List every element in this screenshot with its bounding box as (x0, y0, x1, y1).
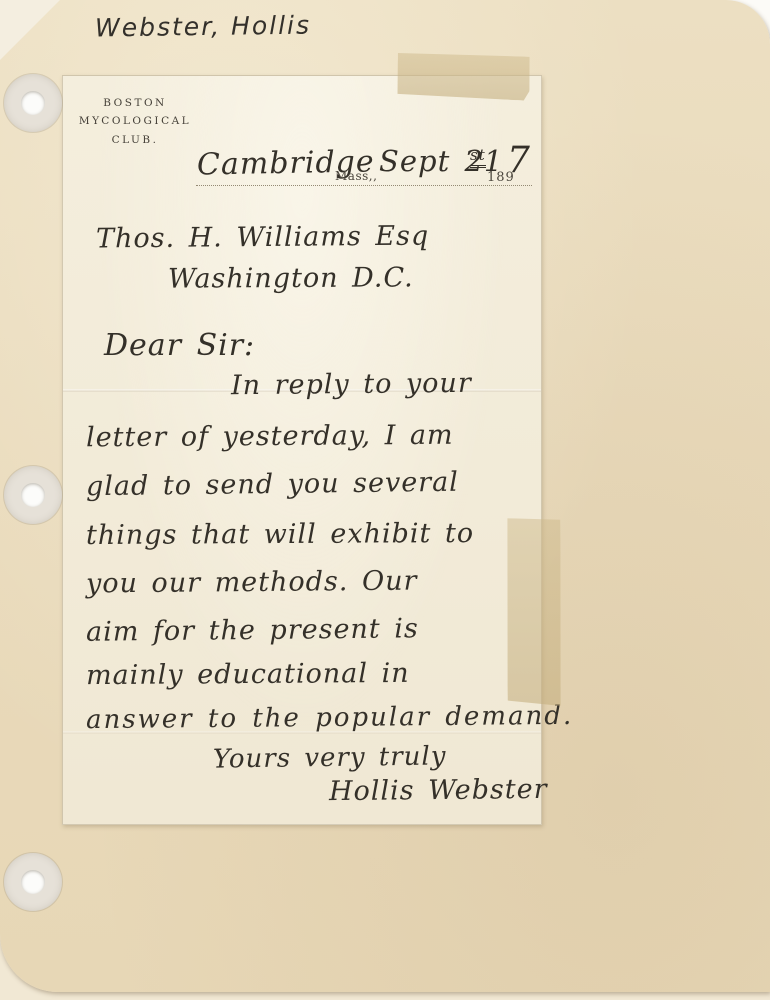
punch-hole-icon (4, 74, 62, 132)
dateline-state-printed: Mass,, (335, 169, 377, 183)
body-line: you our methods. Our (86, 566, 418, 600)
recipient-city: Washington D.C. (168, 262, 414, 294)
letterhead-line: BOSTON (71, 94, 199, 112)
letter-sheet: BOSTON MYCOLOGICAL CLUB. Cambridge Mass,… (62, 75, 542, 825)
salutation: Dear Sir: (104, 328, 255, 363)
body-line: aim for the present is (86, 613, 419, 647)
body-line: answer to the popular demand. (86, 701, 573, 735)
filing-annotation: Webster, Hollis (95, 10, 311, 42)
letterhead-line: CLUB. (71, 131, 199, 149)
cut-corner (0, 0, 60, 60)
body-line: mainly educational in (86, 658, 410, 691)
dateline-year-digit: 7 (507, 140, 531, 181)
signature: Hollis Webster (329, 774, 548, 807)
letterhead: BOSTON MYCOLOGICAL CLUB. (71, 94, 199, 149)
punch-hole-icon (4, 853, 62, 911)
tape-strip (506, 518, 561, 706)
body-line: things that will exhibit to (86, 518, 474, 551)
dateline-ordinal: st (470, 146, 486, 168)
closing: Yours very truly (213, 741, 447, 774)
tape-strip (396, 51, 531, 101)
body-line: letter of yesterday, I am (86, 420, 454, 454)
body-line: In reply to your (231, 368, 472, 402)
dateline-rule (196, 184, 532, 186)
body-line: glad to send you several (86, 467, 459, 503)
letterhead-line: MYCOLOGICAL (71, 112, 199, 130)
recipient-name: Thos. H. Williams Esq (96, 221, 429, 255)
punch-hole-icon (4, 466, 62, 524)
